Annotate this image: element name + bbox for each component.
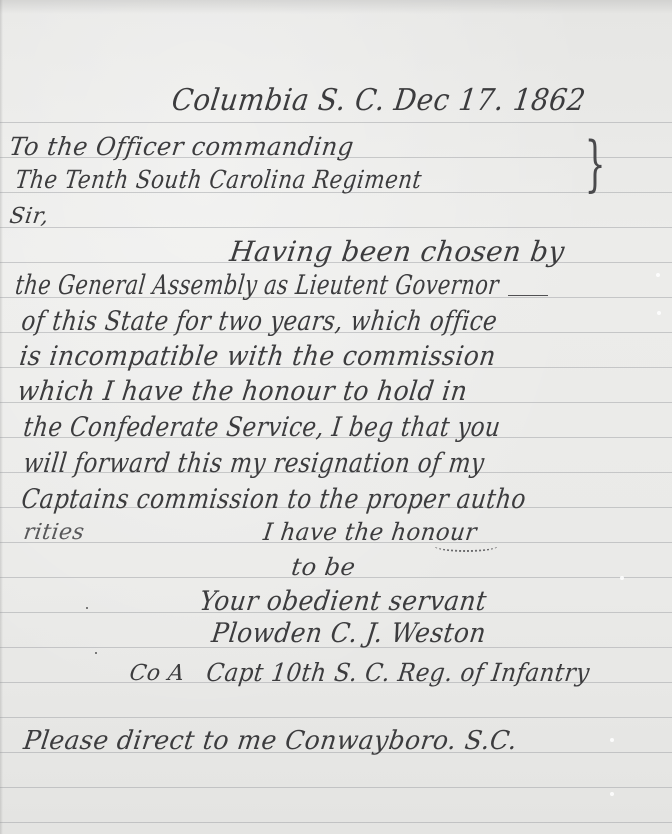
body-line-2: the General Assembly as Lieutent Governo… bbox=[14, 272, 500, 299]
scan-speck bbox=[610, 738, 614, 742]
body-line-3: of this State for two years, which offic… bbox=[20, 308, 499, 335]
address-line-1: To the Officer commanding bbox=[8, 134, 355, 159]
signature-title: Capt 10th S. C. Reg. of Infantry bbox=[205, 660, 591, 685]
scan-left-edge bbox=[0, 0, 3, 834]
lieutenant-underline bbox=[508, 295, 548, 296]
scan-top-shadow bbox=[0, 0, 672, 14]
honour-flourish bbox=[434, 540, 498, 552]
address-line-2: The Tenth South Carolina Regiment bbox=[14, 167, 423, 192]
body-line-1: Having been chosen by bbox=[228, 238, 566, 266]
ruled-line bbox=[0, 787, 672, 788]
body-line-5: which I have the honour to hold in bbox=[16, 378, 469, 405]
ink-dot bbox=[86, 607, 88, 609]
scan-speck bbox=[657, 311, 661, 315]
address-bracket: } bbox=[585, 134, 606, 194]
body-line-4: is incompatible with the commission bbox=[18, 343, 498, 370]
body-line-6: the Confederate Service, I beg that you bbox=[22, 414, 502, 441]
body-line-7: will forward this my resignation of my bbox=[22, 450, 486, 477]
ruled-line bbox=[0, 822, 672, 823]
ruled-line bbox=[0, 122, 672, 123]
scan-speck bbox=[656, 273, 660, 277]
closing-line-2: to be bbox=[290, 555, 357, 579]
signature-company: Co A bbox=[128, 663, 186, 685]
scan-speck bbox=[620, 576, 624, 580]
ink-dot bbox=[95, 652, 97, 654]
ruled-line bbox=[0, 227, 672, 228]
date-line: Columbia S. C. Dec 17. 1862 bbox=[170, 86, 587, 116]
postscript: Please direct to me Conwayboro. S.C. bbox=[22, 728, 519, 754]
body-line-8: Captains commission to the proper autho bbox=[20, 486, 528, 513]
signature-name: Plowden C. J. Weston bbox=[210, 620, 488, 647]
closing-line-3: Your obedient servant bbox=[198, 588, 488, 615]
scan-speck bbox=[610, 792, 614, 796]
letter-page: Columbia S. C. Dec 17. 1862 To the Offic… bbox=[0, 0, 672, 834]
ruled-line bbox=[0, 717, 672, 718]
salutation: Sir, bbox=[8, 206, 50, 228]
body-line-9: rities bbox=[22, 522, 86, 544]
